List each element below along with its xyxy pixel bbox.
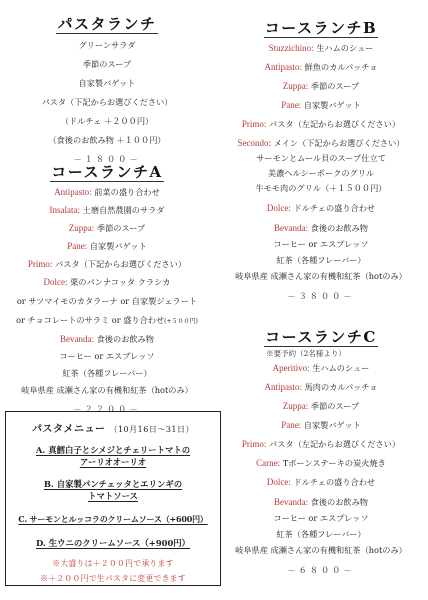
- pasta-option-line: アーリオオーリオ: [6, 456, 220, 468]
- pasta-option-line: A. 真鱈白子とシメジとチェリートマトの: [6, 444, 220, 456]
- course-row: Pane: 自家製バゲット: [214, 420, 428, 431]
- dolce-option: or チョコレートのサラミ or 盛り合わせ(+５００円): [0, 315, 214, 326]
- drink-item: 岐阜県産 成瀬さん家の有機和紅茶（hotのみ）: [214, 271, 428, 282]
- course-text: 鮮魚のカルパッチョ: [305, 62, 378, 72]
- course-text: 季節のスープ: [311, 401, 359, 411]
- bevanda-row: Bevanda: 食後のお飲み物: [0, 334, 214, 345]
- course-row: Antipasto: 前菜の盛り合わせ: [0, 187, 214, 198]
- course-text: 自家製バゲット: [304, 100, 361, 110]
- dolce-label: Dolce:: [267, 203, 291, 213]
- menu-item: 自家製バゲット: [0, 78, 214, 89]
- course-label: Carne:: [256, 458, 280, 468]
- course-text: Tボーンステーキの炭火焼き: [283, 458, 386, 468]
- course-row: Insalata: 土磨自然農園のサラダ: [0, 205, 214, 216]
- course-label: Pane:: [281, 420, 301, 430]
- bevanda-text: 食後のお飲み物: [311, 497, 368, 507]
- course-label: Antipasto:: [265, 62, 303, 72]
- course-label: Zuppa:: [283, 401, 309, 411]
- course-row: Pane: 自家製バゲット: [0, 241, 214, 252]
- course-text: 前菜の盛り合わせ: [94, 187, 160, 197]
- bevanda-label: Bevanda:: [60, 334, 94, 344]
- course-row: Secondo: メイン（下記からお選びください）: [214, 138, 428, 149]
- course-b-section: コースランチB Stuzzichino: 生ハムのシュー Antipasto: …: [214, 18, 428, 302]
- secondo-option: 美濃ヘルシーポークのグリル: [214, 168, 428, 179]
- pasta-menu-title: パスタメニュー （10月16日～31日）: [6, 420, 220, 435]
- course-text: 季節のスープ: [311, 81, 359, 91]
- course-label: Pane:: [281, 100, 301, 110]
- course-label: Zuppa:: [283, 81, 309, 91]
- bevanda-label: Bevanda:: [274, 497, 308, 507]
- dolce-surcharge: (+５００円): [164, 318, 198, 325]
- secondo-option: 牛モモ肉のグリル（＋１５００円）: [214, 183, 428, 194]
- pasta-option-b: B. 自家製パンチェッタとエリンギの トマトソース: [6, 478, 220, 502]
- drink-item: 紅茶（各種フレーバー）: [214, 255, 428, 266]
- pasta-option-line: D. 生ウニのクリームソース（+900円）: [6, 537, 220, 549]
- course-row: Aperitivo: 生ハムのシュー: [214, 363, 428, 374]
- course-a-title: コースランチA: [50, 163, 163, 182]
- course-label: Secondo:: [238, 138, 272, 148]
- course-row: Zuppa: 季節のスープ: [0, 223, 214, 234]
- dolce-option: or サツマイモのカタラーナ or 自家製ジェラート: [0, 296, 214, 307]
- drink-item: 岐阜県産 成瀬さん家の有機和紅茶（hotのみ）: [214, 545, 428, 556]
- pasta-option-d: D. 生ウニのクリームソース（+900円）: [6, 537, 220, 549]
- drink-item: コーヒー or エスプレッソ: [0, 351, 214, 362]
- drink-item: コーヒー or エスプレッソ: [214, 513, 428, 524]
- course-label: Insalata:: [50, 205, 81, 215]
- course-row: Zuppa: 季節のスープ: [214, 81, 428, 92]
- pasta-option-a: A. 真鱈白子とシメジとチェリートマトの アーリオオーリオ: [6, 444, 220, 468]
- course-row: Dolce: 栗のパンナコッタ クラシカ: [0, 277, 214, 288]
- pasta-option-line: B. 自家製パンチェッタとエリンギの: [6, 478, 220, 490]
- course-label: Antipasto:: [265, 382, 303, 392]
- note-fresh-pasta: ※＋２００円で生パスタに変更できます: [6, 573, 220, 584]
- pasta-option-c: C. サーモンとルッコラのクリームソース（+600円）: [6, 513, 220, 525]
- course-label: Pane:: [67, 241, 87, 251]
- menu-item: パスタ（下記からお選びください）: [0, 97, 214, 108]
- price: －６８００－: [214, 565, 428, 576]
- course-text: パスタ（左記からお選びください）: [269, 439, 400, 449]
- course-row: Pane: 自家製バゲット: [214, 100, 428, 111]
- drink-item: 岐阜県産 成瀬さん家の有機和紅茶（hotのみ）: [0, 385, 214, 396]
- course-text: 栗のパンナコッタ クラシカ: [70, 277, 170, 287]
- bevanda-row: Bevanda: 食後のお飲み物: [214, 497, 428, 508]
- course-b-title: コースランチB: [264, 19, 378, 38]
- menu-item: （ドルチェ ＋２００円）: [0, 116, 214, 127]
- reservation-note: ※要予約（2名様より）: [214, 348, 398, 359]
- course-row: Antipasto: 馬肉のカルパッチョ: [214, 382, 428, 393]
- menu-item: 季節のスープ: [0, 59, 214, 70]
- pasta-lunch-section: パスタランチ グリーンサラダ 季節のスープ 自家製バゲット パスタ（下記からお選…: [0, 14, 214, 165]
- bevanda-text: 食後のお飲み物: [311, 223, 368, 233]
- course-row: Zuppa: 季節のスープ: [214, 401, 428, 412]
- course-label: Zuppa:: [69, 223, 95, 233]
- course-text: 生ハムのシュー: [312, 363, 369, 373]
- course-text: 自家製バゲット: [304, 420, 361, 430]
- menu-item: （食後のお飲み物 ＋１００円）: [0, 135, 214, 146]
- course-row: Stuzzichino: 生ハムのシュー: [214, 43, 428, 54]
- course-label: Aperitivo:: [273, 363, 310, 373]
- course-row: Primo: パスタ（下記からお選びください）: [0, 259, 214, 270]
- course-row: Dolce: ドルチェの盛り合わせ: [214, 477, 428, 488]
- bevanda-row: Bevanda: 食後のお飲み物: [214, 223, 428, 234]
- course-c-section: コースランチC ※要予約（2名様より） Aperitivo: 生ハムのシュー A…: [214, 327, 428, 576]
- course-a-section: コースランチA Antipasto: 前菜の盛り合わせ Insalata: 土磨…: [0, 162, 214, 415]
- course-text: メイン（下記からお選びください）: [274, 138, 405, 148]
- pasta-option-line: トマトソース: [6, 490, 220, 502]
- course-c-title: コースランチC: [264, 328, 378, 347]
- course-label: Primo:: [28, 259, 53, 269]
- course-row: Primo: パスタ（左記からお選びください）: [214, 439, 428, 450]
- pasta-option-line: C. サーモンとルッコラのクリームソース（+600円）: [6, 513, 220, 525]
- course-label: Primo:: [242, 119, 267, 129]
- course-text: 季節のスープ: [97, 223, 145, 233]
- pasta-menu-period: （10月16日～31日）: [109, 425, 194, 434]
- course-row: Antipasto: 鮮魚のカルパッチョ: [214, 62, 428, 73]
- dolce-text: ドルチェの盛り合わせ: [293, 203, 375, 213]
- course-text: ドルチェの盛り合わせ: [293, 477, 375, 487]
- course-text: パスタ（下記からお選びください）: [55, 259, 186, 269]
- drink-item: 紅茶（各種フレーバー）: [0, 368, 214, 379]
- pasta-menu-box: パスタメニュー （10月16日～31日） A. 真鱈白子とシメジとチェリートマト…: [5, 411, 221, 586]
- secondo-option: サーモンとムール貝のスープ仕立て: [214, 153, 428, 164]
- course-text: 生ハムのシュー: [316, 43, 373, 53]
- course-label: Antipasto:: [54, 187, 92, 197]
- course-label: Dolce:: [44, 277, 68, 287]
- dolce-row: Dolce: ドルチェの盛り合わせ: [214, 203, 428, 214]
- drink-item: 紅茶（各種フレーバー）: [214, 529, 428, 540]
- course-label: Stuzzichino:: [269, 43, 314, 53]
- course-label: Dolce:: [267, 477, 291, 487]
- pasta-lunch-title: パスタランチ: [56, 15, 157, 34]
- course-text: 自家製バゲット: [90, 241, 147, 251]
- price: －３８００－: [214, 291, 428, 302]
- dolce-option-text: or チョコレートのサラミ or 盛り合わせ: [16, 315, 164, 325]
- pasta-menu-heading: パスタメニュー: [32, 424, 106, 435]
- course-text: 馬肉のカルパッチョ: [305, 382, 378, 392]
- course-row: Carne: Tボーンステーキの炭火焼き: [214, 458, 428, 469]
- drink-item: コーヒー or エスプレッソ: [214, 239, 428, 250]
- bevanda-label: Bevanda:: [274, 223, 308, 233]
- course-label: Primo:: [242, 439, 267, 449]
- course-text: 土磨自然農園のサラダ: [83, 205, 165, 215]
- menu-item: グリーンサラダ: [0, 40, 214, 51]
- course-row: Primo: パスタ（左記からお選びください）: [214, 119, 428, 130]
- course-text: パスタ（左記からお選びください）: [269, 119, 400, 129]
- bevanda-text: 食後のお飲み物: [97, 334, 154, 344]
- note-large-portion: ※大盛りは＋２００円で承ります: [6, 558, 220, 569]
